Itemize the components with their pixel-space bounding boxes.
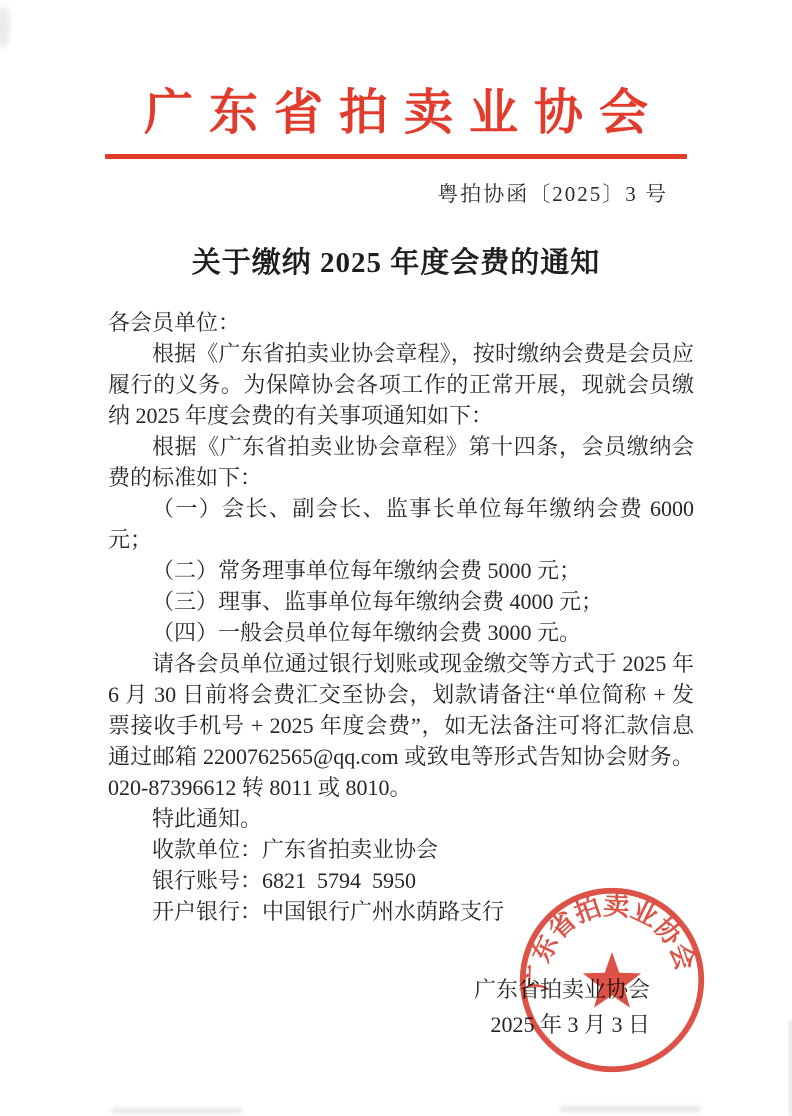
official-seal-stamp: 广东省拍卖业协会 [516, 884, 708, 1076]
letterhead-org-name: 广东省拍卖业协会 [0, 86, 792, 140]
scan-corner-smudge [0, 6, 10, 48]
salutation: 各会员单位： [108, 307, 694, 338]
paragraph-payment-instructions: 请各会员单位通过银行划账或现金缴交等方式于 2025 年 6 月 30 日前将会… [108, 648, 694, 803]
scanned-notice-page: 广东省拍卖业协会 粤拍协函〔2025〕3 号 关于缴纳 2025 年度会费的通知… [0, 0, 792, 1116]
star-icon [583, 952, 641, 1008]
paragraph-basis: 根据《广东省拍卖业协会章程》，按时缴纳会费是会员应履行的义务。为保障协会各项工作… [108, 338, 694, 431]
fee-item-2: （二）常务理事单位每年缴纳会费 5000 元； [108, 555, 694, 586]
fee-item-1: （一）会长、副会长、监事长单位每年缴纳会费 6000 元； [108, 493, 694, 555]
notice-title: 关于缴纳 2025 年度会费的通知 [0, 243, 792, 283]
notice-body: 各会员单位： 根据《广东省拍卖业协会章程》，按时缴纳会费是会员应履行的义务。为保… [108, 307, 694, 927]
document-number: 粤拍协函〔2025〕3 号 [0, 181, 792, 207]
closing-line: 特此通知。 [108, 803, 694, 834]
scan-bottom-smudge-right [560, 1106, 700, 1112]
letterhead-divider [105, 154, 687, 159]
scan-bottom-smudge-left [112, 1108, 242, 1113]
paragraph-standard-intro: 根据《广东省拍卖业协会章程》第十四条，会员缴纳会费的标准如下： [108, 431, 694, 493]
fee-item-4: （四）一般会员单位每年缴纳会费 3000 元。 [108, 617, 694, 648]
fee-item-3: （三）理事、监事单位每年缴纳会费 4000 元； [108, 586, 694, 617]
payee-unit-line: 收款单位：广东省拍卖业协会 [108, 834, 694, 865]
